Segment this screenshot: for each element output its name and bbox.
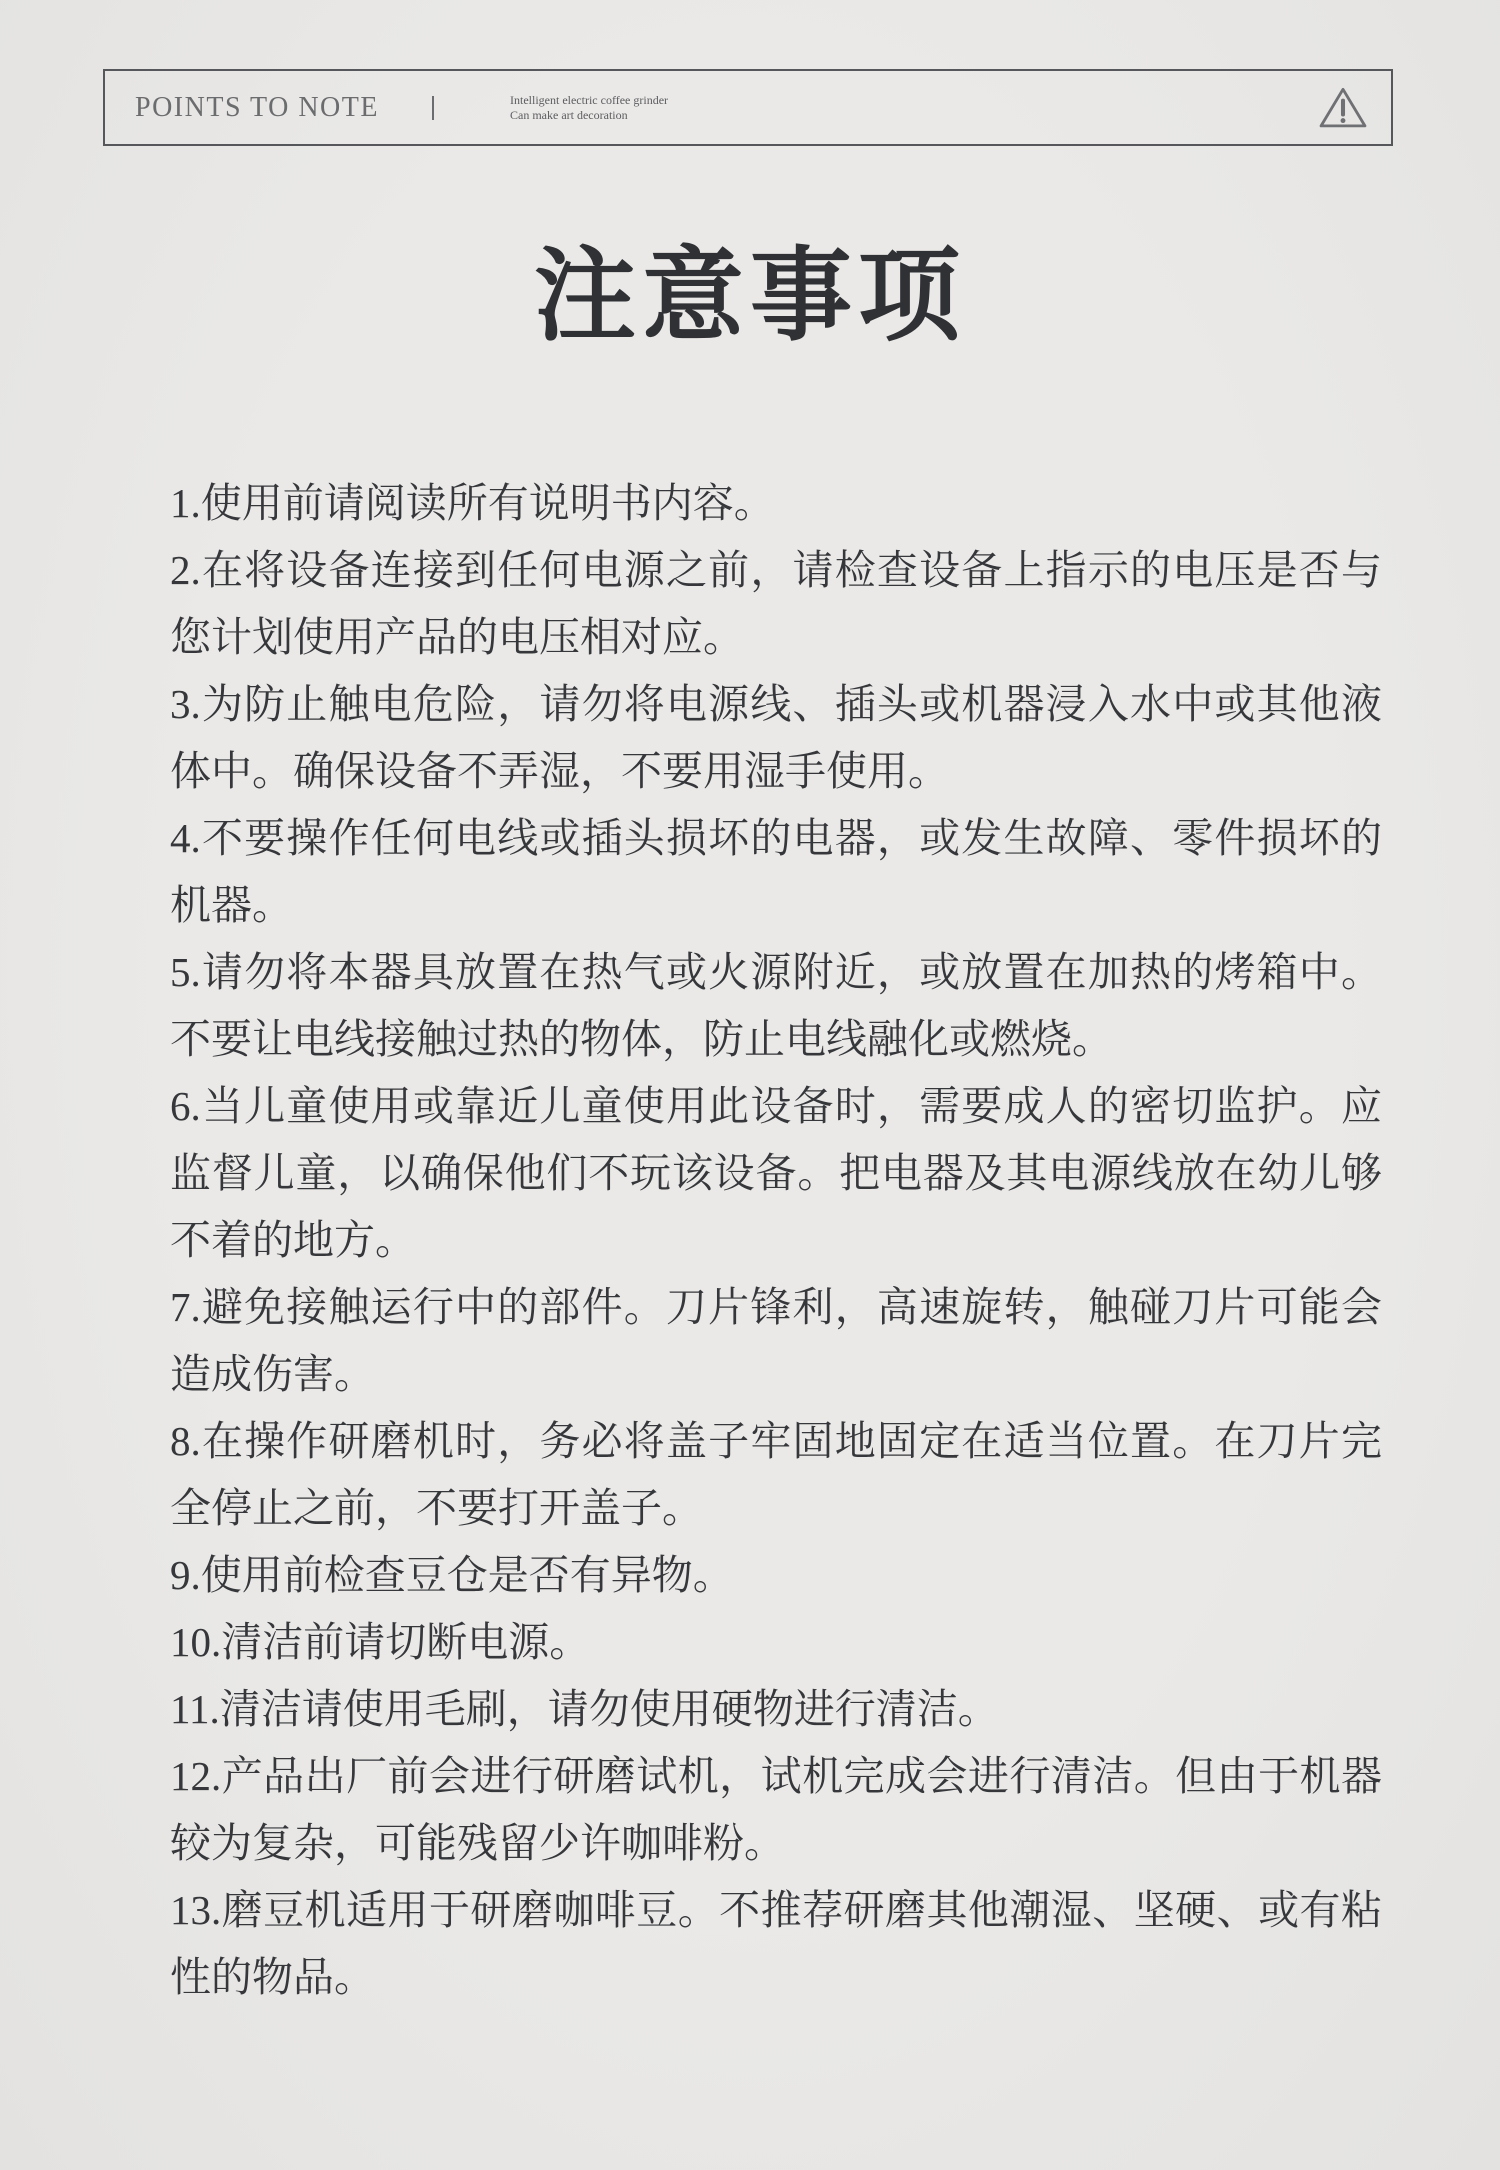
notice-item-9: 9.使用前检查豆仓是否有异物。	[170, 1542, 1382, 1609]
header-subtitle-line1: Intelligent electric coffee grinder	[510, 93, 668, 108]
notice-item-2: 2.在将设备连接到任何电源之前，请检查设备上指示的电压是否与您计划使用产品的电压…	[170, 537, 1382, 671]
header-divider	[432, 96, 434, 120]
notice-item-12: 12.产品出厂前会进行研磨试机，试机完成会进行清洁。但由于机器较为复杂，可能残留…	[170, 1743, 1382, 1877]
notice-item-4: 4.不要操作任何电线或插头损坏的电器，或发生故障、零件损坏的机器。	[170, 805, 1382, 939]
header-subtitle-line2: Can make art decoration	[510, 108, 668, 123]
notice-item-5: 5.请勿将本器具放置在热气或火源附近，或放置在加热的烤箱中。不要让电线接触过热的…	[170, 939, 1382, 1073]
header-subtitle: Intelligent electric coffee grinder Can …	[510, 93, 668, 123]
header-title: POINTS TO NOTE	[135, 92, 379, 124]
notice-item-7: 7.避免接触运行中的部件。刀片锋利，高速旋转，触碰刀片可能会造成伤害。	[170, 1274, 1382, 1408]
notice-item-6: 6.当儿童使用或靠近儿童使用此设备时，需要成人的密切监护。应监督儿童，以确保他们…	[170, 1073, 1382, 1274]
notice-item-11: 11.清洁请使用毛刷，请勿使用硬物进行清洁。	[170, 1676, 1382, 1743]
notice-item-10: 10.清洁前请切断电源。	[170, 1609, 1382, 1676]
notice-item-1: 1.使用前请阅读所有说明书内容。	[170, 470, 1382, 537]
notice-item-3: 3.为防止触电危险，请勿将电源线、插头或机器浸入水中或其他液体中。确保设备不弄湿…	[170, 671, 1382, 805]
manual-page: POINTS TO NOTE Intelligent electric coff…	[0, 0, 1500, 2170]
notice-list: 1.使用前请阅读所有说明书内容。 2.在将设备连接到任何电源之前，请检查设备上指…	[170, 470, 1382, 2011]
notice-item-13: 13.磨豆机适用于研磨咖啡豆。不推荐研磨其他潮湿、坚硬、或有粘性的物品。	[170, 1877, 1382, 2011]
notice-item-8: 8.在操作研磨机时，务必将盖子牢固地固定在适当位置。在刀片完全停止之前，不要打开…	[170, 1408, 1382, 1542]
header-box: POINTS TO NOTE Intelligent electric coff…	[103, 69, 1393, 146]
page-title: 注意事项	[0, 228, 1500, 368]
warning-triangle-icon	[1317, 85, 1369, 131]
